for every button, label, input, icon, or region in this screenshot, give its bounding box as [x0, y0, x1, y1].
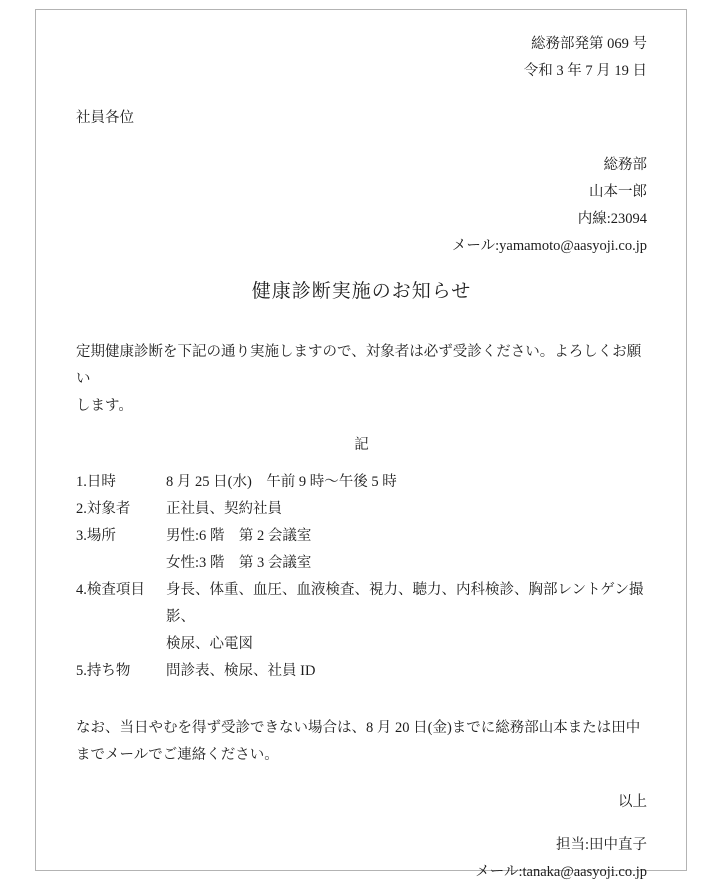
item-value: 問診表、検尿、社員 ID — [166, 658, 647, 685]
note-paragraph: なお、当日やむを得ず受診できない場合は、8 月 20 日(金)までに総務部山本ま… — [76, 715, 647, 769]
item-number: 3. — [76, 528, 87, 544]
document-title: 健康診断実施のお知らせ — [76, 277, 647, 307]
item-row-exams-cont: 検尿、心電図 — [76, 631, 647, 658]
document-meta: 総務部発第 069 号 令和 3 年 7 月 19 日 — [76, 31, 647, 85]
sender-name: 山本一郎 — [76, 179, 647, 206]
item-head: 5.持ち物 — [76, 658, 166, 685]
item-head: 1.日時 — [76, 469, 166, 496]
item-number: 1. — [76, 474, 87, 490]
intro-line-2: します。 — [76, 393, 647, 420]
item-row-belongings: 5.持ち物 問診表、検尿、社員 ID — [76, 658, 647, 685]
item-number: 5. — [76, 663, 87, 679]
doc-number: 総務部発第 069 号 — [76, 31, 647, 58]
sender-department: 総務部 — [76, 152, 647, 179]
note-line-1: なお、当日やむを得ず受診できない場合は、8 月 20 日(金)までに総務部山本ま… — [76, 715, 647, 742]
item-row-place-cont: 女性:3 階 第 3 会議室 — [76, 550, 647, 577]
item-head: 2.対象者 — [76, 496, 166, 523]
contact-person: 担当:田中直子 — [76, 832, 647, 859]
sender-email: メール:yamamoto@aasyoji.co.jp — [76, 233, 647, 260]
intro-line-1: 定期健康診断を下記の通り実施しますので、対象者は必ず受診ください。よろしくお願い — [76, 339, 647, 393]
item-value: 正社員、契約社員 — [166, 496, 647, 523]
item-row-place: 3.場所 男性:6 階 第 2 会議室 — [76, 523, 647, 550]
document-page: 総務部発第 069 号 令和 3 年 7 月 19 日 社員各位 総務部 山本一… — [35, 9, 687, 871]
sender-extension: 内線:23094 — [76, 206, 647, 233]
record-marker: 記 — [76, 432, 647, 459]
note-line-2: までメールでご連絡ください。 — [76, 742, 647, 769]
item-head: 3.場所 — [76, 523, 166, 550]
item-label: 持ち物 — [87, 663, 131, 679]
recipient: 社員各位 — [76, 105, 647, 132]
item-label: 場所 — [87, 528, 116, 544]
issue-date: 令和 3 年 7 月 19 日 — [76, 58, 647, 85]
item-row-exams: 4.検査項目 身長、体重、血圧、血液検査、視力、聴力、内科検診、胸部レントゲン撮… — [76, 577, 647, 631]
item-number: 2. — [76, 501, 87, 517]
item-row-datetime: 1.日時 8 月 25 日(水) 午前 9 時〜午後 5 時 — [76, 469, 647, 496]
item-label: 検査項目 — [87, 582, 145, 598]
contact-email: メール:tanaka@aasyoji.co.jp — [76, 859, 647, 886]
item-value: 検尿、心電図 — [166, 631, 647, 658]
contact-block: 担当:田中直子 メール:tanaka@aasyoji.co.jp — [76, 832, 647, 886]
item-number: 4. — [76, 582, 87, 598]
item-value: 男性:6 階 第 2 会議室 — [166, 523, 647, 550]
item-head-empty — [76, 631, 166, 658]
item-value: 女性:3 階 第 3 会議室 — [166, 550, 647, 577]
item-value: 身長、体重、血圧、血液検査、視力、聴力、内科検診、胸部レントゲン撮影、 — [166, 577, 647, 631]
closing: 以上 — [76, 789, 647, 816]
item-value: 8 月 25 日(水) 午前 9 時〜午後 5 時 — [166, 469, 647, 496]
intro-paragraph: 定期健康診断を下記の通り実施しますので、対象者は必ず受診ください。よろしくお願い… — [76, 339, 647, 420]
item-label: 対象者 — [87, 501, 131, 517]
items-list: 1.日時 8 月 25 日(水) 午前 9 時〜午後 5 時 2.対象者 正社員… — [76, 469, 647, 685]
item-head: 4.検査項目 — [76, 577, 166, 631]
sender-block: 総務部 山本一郎 内線:23094 メール:yamamoto@aasyoji.c… — [76, 152, 647, 260]
item-head-empty — [76, 550, 166, 577]
item-label: 日時 — [87, 474, 116, 490]
item-row-target: 2.対象者 正社員、契約社員 — [76, 496, 647, 523]
